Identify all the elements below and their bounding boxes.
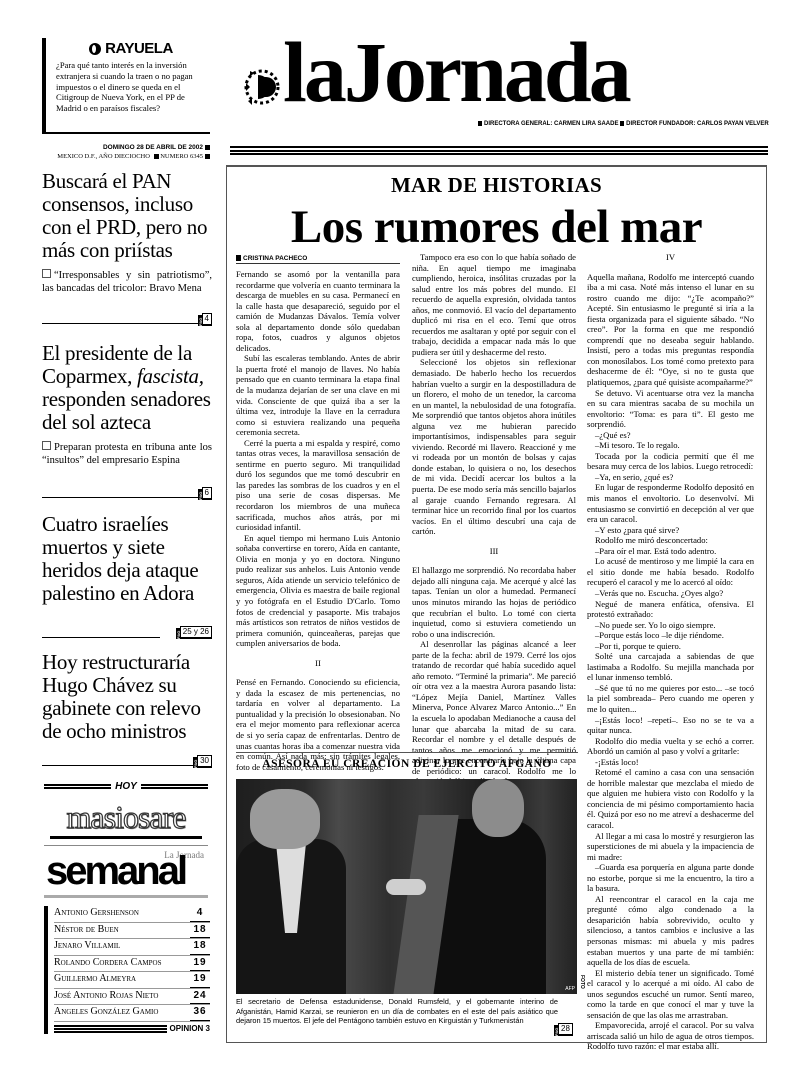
paragraph: Lo acusé de mentiroso y me limpié la car… <box>587 556 754 588</box>
hoy-label: HOY <box>115 781 137 792</box>
opinion-footer: OPINION 3 <box>54 1024 210 1035</box>
page-number: 6 <box>202 487 212 500</box>
paragraph: –Porque estás loco –le dije riéndome. <box>587 630 754 641</box>
newspaper-logo[interactable]: laJornada <box>283 22 629 122</box>
bullet-box-icon <box>42 269 51 278</box>
rayuela-box: RAYUELA ¿Para qué tanto interés en la in… <box>42 38 210 134</box>
columnist-name: Angeles González Gamio <box>54 1005 158 1021</box>
square-bullet-icon <box>478 121 482 126</box>
paragraph: El hallazgo me sorprendió. No recordaba … <box>412 565 576 639</box>
photo-headline[interactable]: ASESORA EU CREACION DE EJERCITO AFGANO <box>236 758 578 770</box>
opinion-item[interactable]: Jenaro Villamil18 <box>54 939 210 956</box>
page-tag-icon: PAG <box>198 315 202 326</box>
page-number: 19 <box>190 956 210 972</box>
page-tag-icon: PAG <box>193 757 197 768</box>
supplements-box: HOY masiosare La Jornada semanal <box>44 781 208 898</box>
page-number: 28 <box>558 1023 573 1036</box>
paragraph: Fernando se asomó por la ventanilla para… <box>236 269 400 353</box>
paragraph: Tampoco era eso con lo que había soñado … <box>412 252 576 357</box>
masthead-rules <box>230 146 768 157</box>
paragraph: –Y esto ¿para qué sirve? <box>587 525 754 536</box>
hoy-bar: HOY <box>44 781 208 792</box>
square-bullet-icon <box>205 154 210 159</box>
paragraph: Al reencontrar el caracol en la caja me … <box>587 894 754 968</box>
paragraph: –Por ti, porque te quiero. <box>587 641 754 652</box>
paragraph: En aquel tiempo mi hermano Luis Antonio … <box>236 533 400 649</box>
columnist-name: Guillermo Almeyra <box>54 972 136 988</box>
opinion-item[interactable]: Angeles González Gamio36 <box>54 1005 210 1022</box>
page-number: 18 <box>190 923 210 939</box>
rayuela-title-text: RAYUELA <box>105 40 173 57</box>
paragraph: Cerré la puerta a mi espalda y respiré, … <box>236 438 400 533</box>
article-column-2: Tampoco era eso con lo que había soñado … <box>412 252 576 787</box>
supplement-masiosare[interactable]: masiosare <box>44 800 208 834</box>
page-reference[interactable]: PAG6 <box>198 487 212 500</box>
photo-figure <box>386 879 426 895</box>
paragraph: Se detuvo. Vi acentuarse otra vez la man… <box>587 388 754 430</box>
feature-headline[interactable]: Los rumores del mar <box>226 200 767 254</box>
page-number: 18 <box>190 939 210 955</box>
story-coparmex[interactable]: El presidente de la Coparmex, fascista, … <box>42 342 212 512</box>
paragraph: Aquella mañana, Rodolfo me interceptó cu… <box>587 272 754 388</box>
columnist-name: Jenaro Villamil <box>54 939 120 955</box>
paragraph: –Guarda esa porquería en alguna parte do… <box>587 862 754 894</box>
square-bullet-icon <box>620 121 624 126</box>
paragraph: –Para oír el mar. Está todo adentro. <box>587 546 754 557</box>
paragraph: Retomé el camino a casa con una sensació… <box>587 767 754 830</box>
issue-number: NUMERO 6345 <box>160 153 203 160</box>
place-year: MEXICO D.F., AÑO DIECIOCHO <box>57 153 150 160</box>
byline: CRISTINA PACHECO <box>236 254 400 264</box>
divider <box>42 323 202 324</box>
paragraph: –Ya, en serio, ¿qué es? <box>587 472 754 483</box>
feature-kicker: MAR DE HISTORIAS <box>226 173 767 198</box>
paragraph: –Sé que tú no me quieres por esto... –se… <box>587 683 754 715</box>
subheadline-text: Preparan protesta en tribuna ante los “i… <box>42 442 212 466</box>
paragraph: El misterio debía tener un significado. … <box>587 968 754 1021</box>
page-number: 19 <box>190 972 210 988</box>
columnist-name: Néstor de Buen <box>54 923 119 939</box>
paragraph: Rodolfo me miró desconcertado: <box>587 535 754 546</box>
paragraph: Seleccioné los objetos sin reflexionar d… <box>412 357 576 536</box>
divider <box>42 497 202 498</box>
page-tag-icon: PAG <box>198 489 202 500</box>
subheadline: Preparan protesta en tribuna ante los “i… <box>42 441 212 467</box>
columnist-name: Rolando Cordera Campos <box>54 956 161 972</box>
photo-figure <box>250 789 320 849</box>
paragraph: –Mi tesoro. Te lo regalo. <box>587 440 754 451</box>
opinion-item[interactable]: Néstor de Buen18 <box>54 923 210 940</box>
section-number: III <box>412 546 576 557</box>
page-reference[interactable]: PAG28 <box>554 1023 792 1036</box>
page-number: 30 <box>197 755 212 768</box>
page-tag-icon: PAG <box>554 1025 558 1036</box>
rayuela-title: RAYUELA <box>56 40 206 57</box>
square-bullet-icon <box>236 255 241 261</box>
section-number: II <box>236 658 400 669</box>
headline[interactable]: Hoy restructuraría Hugo Chávez su gabine… <box>42 651 212 743</box>
square-bullet-icon <box>205 145 210 150</box>
square-bullet-icon <box>154 154 159 159</box>
page-reference[interactable]: PAG4 <box>198 313 212 326</box>
date: DOMINGO 28 DE ABRIL DE 2002 <box>103 144 203 151</box>
opinion-index: Antonio Gershenson4 Néstor de Buen18 Jen… <box>44 906 210 1034</box>
page-reference[interactable]: PAG25 y 26 <box>176 626 212 639</box>
columnist-name: José Antonio Rojas Nieto <box>54 989 158 1005</box>
paragraph: –No puede ser. Yo lo oigo siempre. <box>587 620 754 631</box>
directors-line: DIRECTORA GENERAL: CARMEN LIRA SAADE DIR… <box>478 121 769 127</box>
opinion-item[interactable]: Rolando Cordera Campos19 <box>54 956 210 973</box>
paragraph: Solté una carcajada a sabiendas de que l… <box>587 651 754 683</box>
story-israel[interactable]: Cuatro israelíes muertos y siete heridos… <box>42 513 212 643</box>
paragraph: –¡Estás loco! –repetí–. Eso no se te va … <box>587 715 754 736</box>
subheadline: “Irresponsables y sin patriotismo”, las … <box>42 269 212 295</box>
paragraph: Negué de manera enfática, ofensiva. El p… <box>587 599 754 620</box>
divider <box>44 845 208 846</box>
opinion-item[interactable]: José Antonio Rojas Nieto24 <box>54 989 210 1006</box>
paragraph: Rodolfo dio media vuelta y se echó a cor… <box>587 736 754 757</box>
paragraph: Subí las escaleras temblando. Antes de a… <box>236 353 400 437</box>
rule-lines <box>141 783 208 791</box>
paragraph: Al llegar a mi casa lo mostré y resurgie… <box>587 831 754 863</box>
rule-lines <box>54 1024 167 1035</box>
sun-logo-icon <box>89 43 101 55</box>
page-number: 36 <box>190 1005 210 1021</box>
divider <box>236 752 578 753</box>
columnist-name: Antonio Gershenson <box>54 906 139 922</box>
divider <box>44 895 208 898</box>
paragraph: Tocada por la codicia permití que él me … <box>587 451 754 472</box>
dateline: DOMINGO 28 DE ABRIL DE 2002 MEXICO D.F.,… <box>42 143 210 161</box>
photo-credit: AFP <box>565 986 575 992</box>
bullet-box-icon <box>42 441 51 450</box>
photo-label: FOTO <box>579 975 585 989</box>
opinion-label: OPINION 3 <box>170 1024 210 1033</box>
opinion-item[interactable]: Antonio Gershenson4 <box>54 906 210 923</box>
news-photo[interactable]: AFP <box>236 779 577 994</box>
paragraph: –Verás que no. Escucha. ¿Oyes algo? <box>587 588 754 599</box>
page-number: 25 y 26 <box>180 626 212 639</box>
article-column-1: Fernando se asomó por la ventanilla para… <box>236 269 400 772</box>
page-number: 24 <box>190 989 210 1005</box>
page-number: 4 <box>190 906 210 922</box>
director-general: DIRECTORA GENERAL: CARMEN LIRA SAADE <box>484 121 618 127</box>
photo-caption: El secretario de Defensa estadunidense, … <box>236 997 558 1026</box>
headline[interactable]: Buscará el PAN consensos, incluso con el… <box>42 170 212 262</box>
divider <box>42 765 202 766</box>
subheadline-text: “Irresponsables y sin patriotismo”, las … <box>42 270 212 294</box>
page-tag-icon: PAG <box>176 628 180 639</box>
article-column-3: IV Aquella mañana, Rodolfo me interceptó… <box>587 252 754 1052</box>
opinion-item[interactable]: Guillermo Almeyra19 <box>54 972 210 989</box>
divider <box>42 637 160 638</box>
page-reference[interactable]: PAG30 <box>193 755 212 768</box>
headline-emphasis: fascista, <box>137 364 204 388</box>
supplement-semanal[interactable]: semanal <box>44 855 208 887</box>
page-number: 4 <box>202 313 212 326</box>
director-founder: DIRECTOR FUNDADOR: CARLOS PAYAN VELVER <box>626 121 769 127</box>
story-chavez[interactable]: Hoy restructuraría Hugo Chávez su gabine… <box>42 651 212 776</box>
headline[interactable]: El presidente de la Coparmex, fascista, … <box>42 342 212 434</box>
paragraph: -¡Estás loco! <box>587 757 754 768</box>
paragraph: En lugar de responderme Rodolfo depositó… <box>587 482 754 524</box>
photo-figure <box>472 779 524 837</box>
author-name: CRISTINA PACHECO <box>243 255 307 262</box>
divider <box>50 836 202 839</box>
headline-part: responden senadores del sol azteca <box>42 387 211 434</box>
headline[interactable]: Cuatro israelíes muertos y siete heridos… <box>42 513 212 605</box>
sun-logo-icon <box>240 55 280 115</box>
rule-lines <box>44 783 111 791</box>
story-pan[interactable]: Buscará el PAN consensos, incluso con el… <box>42 170 212 330</box>
paragraph: –¿Qué es? <box>587 430 754 441</box>
rayuela-text: ¿Para qué tanto interés en la inversión … <box>56 60 206 114</box>
section-number: IV <box>587 252 754 263</box>
